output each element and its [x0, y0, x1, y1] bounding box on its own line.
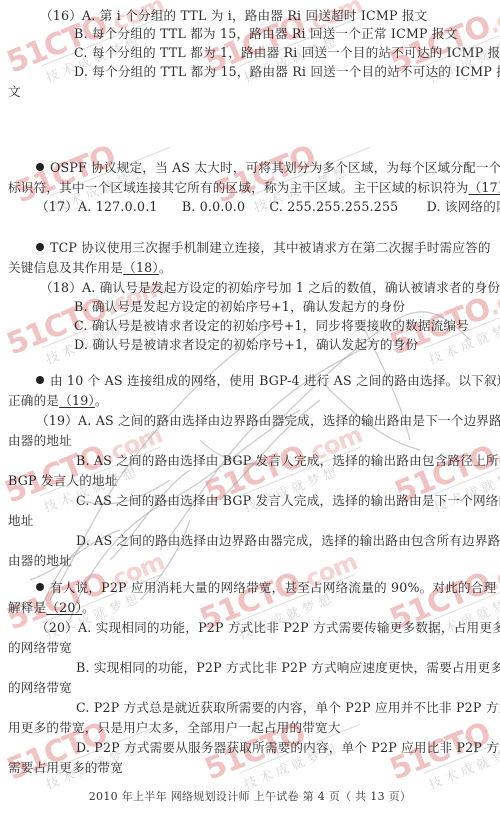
q17-stem-line1: OSPF 协议规定，当 AS 太大时，可将其划分为多个区域，为每个区域分配一个	[36, 160, 500, 176]
q16-option-b: B. 每个分组的 TTL 都为 15，路由器 Ri 回送一个正常 ICMP 报文	[74, 26, 458, 42]
q18-option-a: （18）A. 确认号是发起方设定的初始序号加 1 之后的数值，确认被请求者的身份	[40, 280, 500, 296]
option-key: C.	[76, 700, 90, 715]
option-key: A.	[82, 8, 96, 23]
stem-end: 。	[159, 260, 172, 275]
question-number: （16）	[40, 8, 82, 23]
option-text: 第 i 个分组的 TTL 为 i，路由器 Ri 回送超时 ICMP 报文	[100, 8, 428, 23]
q17-stem-line2: 标识符，其中一个区域连接其它所有的区域，称为主干区域。主干区域的标识符为（17）…	[8, 180, 500, 196]
option-key: B.	[74, 299, 88, 314]
option-text: 255.255.255.255	[287, 199, 398, 214]
stem-text: 由 10 个 AS 连接组成的网络，使用 BGP-4 进行 AS 之间的路由选择…	[50, 373, 500, 388]
option-text: 每个分组的 TTL 都为 1，路由器 Ri 回送一个目的站不可达的 ICMP 报…	[92, 45, 500, 60]
option-key: A.	[82, 280, 96, 295]
option-text: P2P 方式需要从服务器获取所需要的内容，单个 P2P 应用比非 P2P 方式	[94, 740, 500, 755]
q18-option-d: D. 确认号是被请求者设定的初始序号+1，确认发起方的身份	[74, 337, 418, 353]
stem-text: 标识符，其中一个区域连接其它所有的区域，称为主干区域。主干区域的标识符为	[8, 180, 469, 195]
q18-stem-line1: TCP 协议使用三次握手机制建立连接，其中被请求方在第二次握手时需应答的	[36, 240, 491, 256]
q18-option-b: B. 确认号是发起方设定的初始序号+1，确认发起方的身份	[74, 299, 405, 315]
question-number: （18）	[40, 280, 82, 295]
q19-option-d-wrap: 由器的地址	[8, 553, 72, 569]
q16-option-c: C. 每个分组的 TTL 都为 1，路由器 Ri 回送一个目的站不可达的 ICM…	[74, 45, 500, 61]
q18-option-c: C. 确认号是被请求者设定的初始序号+1，同步将要接收的数据流编号	[74, 318, 469, 334]
q20-option-b-wrap: 的网络带宽	[8, 680, 72, 696]
stem-text: 关键信息及其作用是	[8, 260, 123, 275]
option-key: D.	[76, 740, 90, 755]
stem-end: 。	[95, 393, 108, 408]
answer-blank: （18）	[123, 260, 159, 275]
stem-text: 解释是	[8, 600, 46, 615]
q20-option-d-wrap: 需要占用更多的带宽	[8, 760, 123, 776]
q20-stem-line1: 有人说，P2P 应用消耗大量的网络带宽，甚至占网络流量的 90%。对此的合理	[36, 580, 496, 596]
stem-end: 。	[82, 600, 95, 615]
option-text: 0.0.0.0	[200, 199, 245, 214]
option-text: 确认号是被请求者设定的初始序号+1，确认发起方的身份	[92, 337, 418, 352]
option-key: B.	[74, 26, 88, 41]
option-key: C.	[76, 493, 90, 508]
option-key: B.	[76, 660, 90, 675]
option-key: C.	[269, 199, 283, 214]
q20-option-d: D. P2P 方式需要从服务器获取所需要的内容，单个 P2P 应用比非 P2P …	[76, 740, 500, 756]
q16-option-a: （16）A. 第 i 个分组的 TTL 为 i，路由器 Ri 回送超时 ICMP…	[40, 8, 427, 24]
answer-blank: （19）	[59, 393, 95, 408]
option-text: 确认号是发起方设定的初始序号+1，确认发起方的身份	[92, 299, 405, 314]
option-key: C.	[74, 45, 88, 60]
option-key: B.	[182, 199, 196, 214]
stem-text: TCP 协议使用三次握手机制建立连接，其中被请求方在第二次握手时需应答的	[50, 240, 491, 255]
answer-blank: （20）	[46, 600, 82, 615]
exam-page: 51CTO.com 技术成就梦想 51CTO.com 技术成就梦想 51CTO.…	[0, 0, 500, 819]
q20-option-b: B. 实现相同的功能，P2P 方式比非 P2P 方式响应速度更快，需要占用更多	[76, 660, 500, 676]
stem-text: OSPF 协议规定，当 AS 太大时，可将其划分为多个区域，为每个区域分配一个	[50, 160, 500, 175]
stem-text: 正确的是	[8, 393, 59, 408]
q18-stem-line2: 关键信息及其作用是（18）。	[8, 260, 172, 276]
option-text: AS 之间的路由选择由 BGP 发言人完成，选择的输出路由是下一个网络的	[94, 493, 500, 508]
q19-option-c-wrap: 地址	[8, 513, 34, 529]
q19-option-b-wrap: BGP 发言人的地址	[8, 473, 118, 489]
q20-option-a: （20）A. 实现相同的功能，P2P 方式比非 P2P 方式需要传输更多数据，占…	[36, 620, 500, 636]
stem-text: 有人说，P2P 应用消耗大量的网络带宽，甚至占网络流量的 90%。对此的合理	[50, 580, 496, 595]
q19-option-d: D. AS 之间的路由选择由边界路由器完成，选择的输出路由包含所有边界路	[76, 533, 500, 549]
option-text: AS 之间的路由选择由边界路由器完成，选择的输出路由包含所有边界路	[94, 533, 500, 548]
q20-option-c-wrap: 用更多的带宽，只是用户太多，全部用户一起占用的带宽大	[8, 720, 341, 736]
q16-option-d-wrap: 文	[8, 84, 21, 100]
q20-stem-line2: 解释是（20）。	[8, 600, 95, 616]
option-text: 该网络的网络号	[445, 199, 500, 214]
watermark: 51CTO.com 技术成就梦想	[390, 416, 500, 527]
bullet-icon	[36, 583, 44, 591]
option-text: 127.0.0.1	[96, 199, 158, 214]
q19-stem-line1: 由 10 个 AS 连接组成的网络，使用 BGP-4 进行 AS 之间的路由选择…	[36, 373, 500, 389]
bullet-icon	[36, 376, 44, 384]
option-text: AS 之间的路由选择由 BGP 发言人完成，选择的输出路由包含路径上所有	[94, 453, 500, 468]
bullet-icon	[36, 163, 44, 171]
option-key: A.	[78, 199, 92, 214]
answer-blank: （17）	[469, 180, 500, 195]
option-text: 实现相同的功能，P2P 方式比非 P2P 方式响应速度更快，需要占用更多	[94, 660, 500, 675]
bullet-icon	[36, 243, 44, 251]
q20-option-c: C. P2P 方式总是就近获取所需要的内容，单个 P2P 应用并不比非 P2P …	[76, 700, 500, 716]
option-text: 确认号是被请求者设定的初始序号+1，同步将要接收的数据流编号	[92, 318, 469, 333]
q19-option-a: （19）A. AS 之间的路由选择由边界路由器完成，选择的输出路由是下一个边界路	[36, 413, 500, 429]
q19-option-b: B. AS 之间的路由选择由 BGP 发言人完成，选择的输出路由包含路径上所有	[76, 453, 500, 469]
option-key: D.	[427, 199, 441, 214]
q19-option-a-wrap: 由器的地址	[8, 433, 72, 449]
q16-option-d: D. 每个分组的 TTL 都为 15，路由器 Ri 回送一个目的站不可达的 IC…	[74, 64, 500, 80]
q20-option-a-wrap: 的网络带宽	[8, 640, 72, 656]
watermark: 51CTO.com 技术成就梦想	[200, 416, 373, 527]
watermark: 51CTO.com 技术成就梦想	[195, 543, 368, 654]
q17-options: （17）A. 127.0.0.1 B. 0.0.0.0 C. 255.255.2…	[36, 199, 500, 215]
option-text: P2P 方式总是就近获取所需要的内容，单个 P2P 应用并不比非 P2P 方式占	[94, 700, 500, 715]
q19-option-c: C. AS 之间的路由选择由 BGP 发言人完成，选择的输出路由是下一个网络的	[76, 493, 500, 509]
option-key: C.	[74, 318, 88, 333]
option-text: 实现相同的功能，P2P 方式比非 P2P 方式需要传输更多数据，占用更多	[96, 620, 500, 635]
watermark-logo-suffix: .com	[484, 0, 500, 39]
option-text: 每个分组的 TTL 都为 15，路由器 Ri 回送一个正常 ICMP 报文	[92, 26, 458, 41]
option-key: A.	[78, 620, 92, 635]
question-number: （20）	[36, 620, 78, 635]
page-footer: 2010 年上半年 网络规划设计师 上午试卷 第 4 页（ 共 13 页）	[0, 788, 500, 804]
option-text: 确认号是发起方设定的初始序号加 1 之后的数值，确认被请求者的身份	[100, 280, 500, 295]
option-key: B.	[76, 453, 90, 468]
question-number: （17）	[36, 199, 78, 214]
option-key: D.	[74, 64, 88, 79]
watermark: 51CTO.com 技术成就梦想	[385, 543, 500, 654]
question-number: （19）	[36, 413, 78, 428]
q19-stem-line2: 正确的是（19）。	[8, 393, 108, 409]
option-key: D.	[74, 337, 88, 352]
option-key: D.	[76, 533, 90, 548]
watermark-slogan: 技术成就梦想	[424, 724, 500, 793]
option-text: 每个分组的 TTL 都为 15，路由器 Ri 回送一个目的站不可达的 ICMP …	[92, 64, 500, 79]
option-text: AS 之间的路由选择由边界路由器完成，选择的输出路由是下一个边界路	[96, 413, 500, 428]
option-key: A.	[78, 413, 92, 428]
